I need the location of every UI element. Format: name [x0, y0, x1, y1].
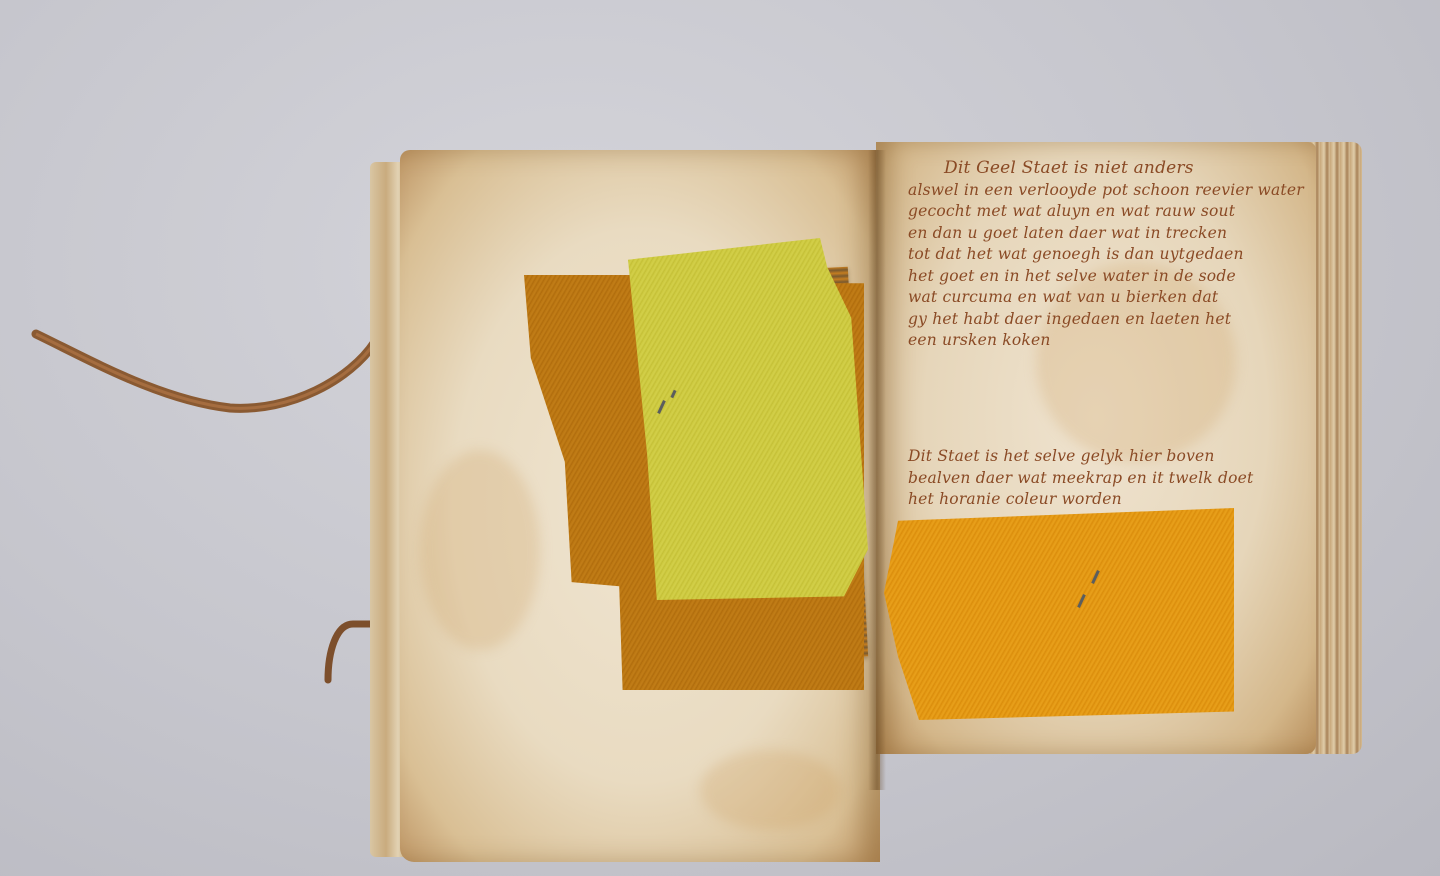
recipe-line: wat curcuma en wat van u bierken dat — [908, 287, 1304, 309]
recipe-line: gy het habt daer ingedaen en laeten het — [908, 309, 1304, 331]
recipe-line: Dit Geel Staet is niet anders — [908, 158, 1304, 180]
recipe-line: het goet en in het selve water in de sod… — [908, 266, 1304, 288]
right-page-edges — [1310, 142, 1362, 754]
recipe-line: en dan u goet laten daer wat in trecken — [908, 223, 1304, 245]
orange-swatch — [884, 508, 1234, 720]
recipe-text-1: Dit Geel Staet is niet anders alswel in … — [908, 158, 1304, 352]
recipe-line: alswel in een verlooyde pot schoon reevi… — [908, 180, 1304, 202]
recipe-line: een ursken koken — [908, 330, 1304, 352]
recipe-line: Dit Staet is het selve gelyk hier boven — [908, 446, 1253, 468]
recipe-text-2: Dit Staet is het selve gelyk hier boven … — [908, 446, 1253, 511]
recipe-line: tot dat het wat genoegh is dan uytgedaen — [908, 244, 1304, 266]
book-gutter — [868, 150, 886, 790]
recipe-line: bealven daer wat meekrap en it twelk doe… — [908, 468, 1253, 490]
recipe-line: gecocht met wat aluyn en wat rauw sout — [908, 201, 1304, 223]
recipe-line: het horanie coleur worden — [908, 489, 1253, 511]
leather-strap-icon — [30, 320, 390, 420]
yellow-green-swatch — [628, 238, 868, 600]
